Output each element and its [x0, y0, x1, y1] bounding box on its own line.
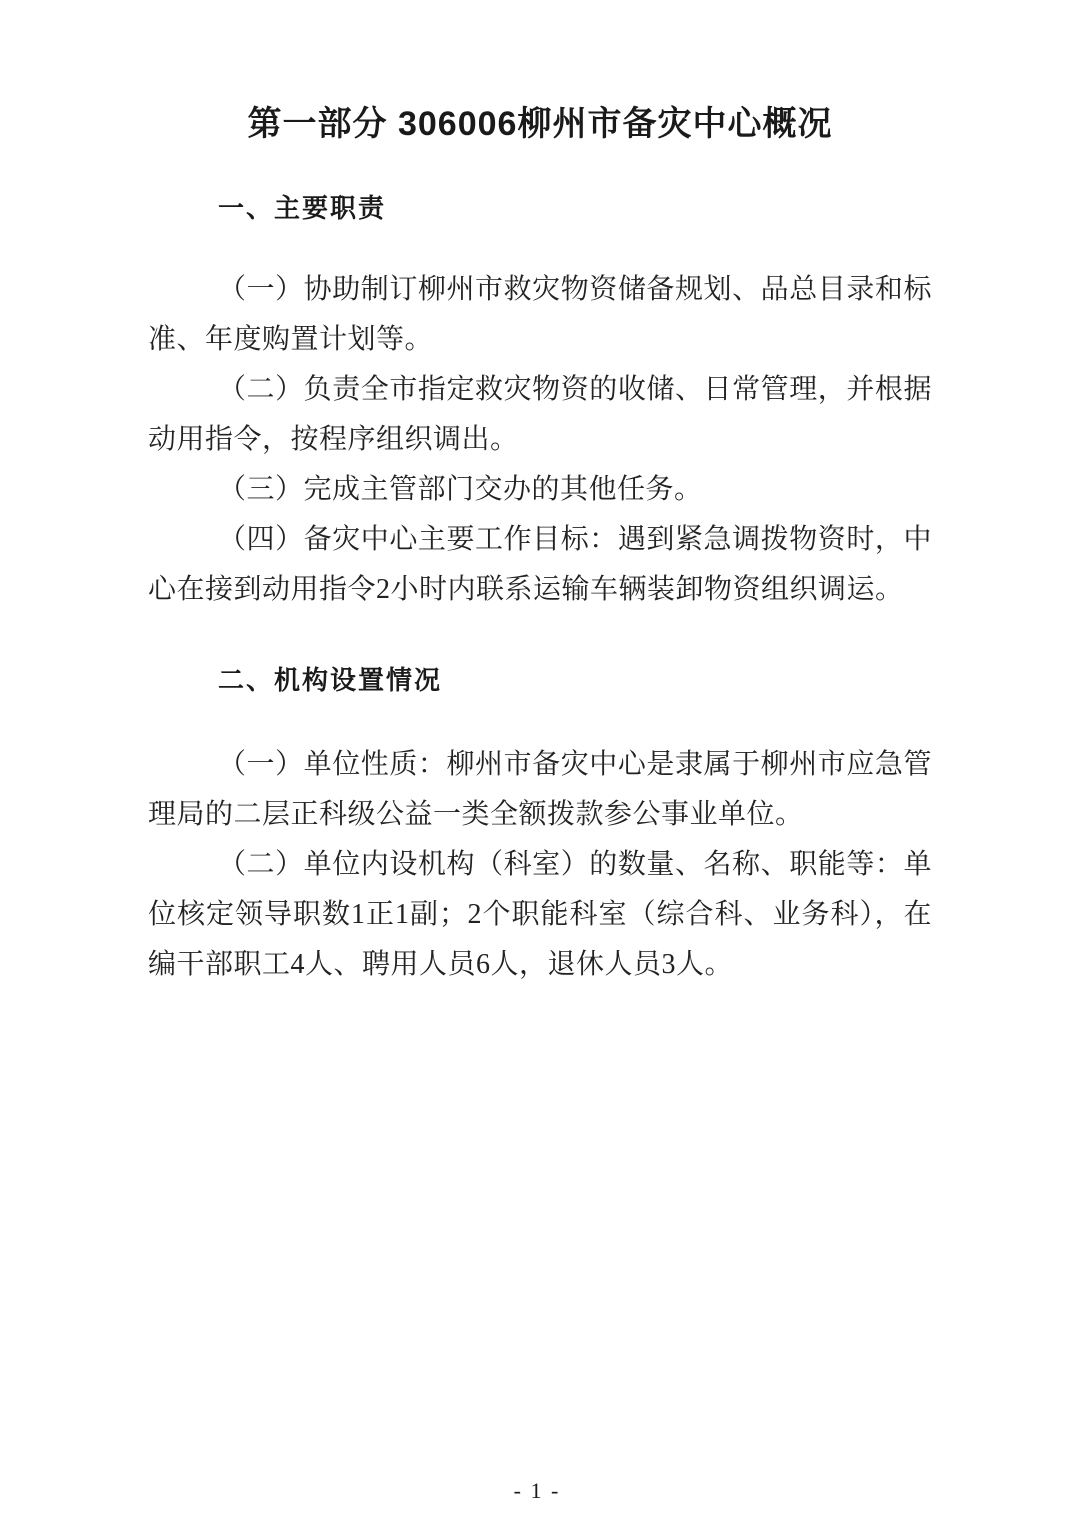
- document-title: 第一部分 306006柳州市备灾中心概况: [148, 98, 932, 150]
- section-1-paragraph-2: （二）负责全市指定救灾物资的收储、日常管理，并根据动用指令，按程序组织调出。: [148, 365, 932, 465]
- document-page: 第一部分 306006柳州市备灾中心概况 一、主要职责 （一）协助制订柳州市救灾…: [0, 0, 1074, 1520]
- section-1-paragraph-3: （三）完成主管部门交办的其他任务。: [148, 465, 932, 515]
- section-org-setup: 二、机构设置情况 （一）单位性质：柳州市备灾中心是隶属于柳州市应急管理局的二层正…: [148, 665, 932, 990]
- document-content: 第一部分 306006柳州市备灾中心概况 一、主要职责 （一）协助制订柳州市救灾…: [0, 0, 1074, 990]
- section-2-paragraph-1: （一）单位性质：柳州市备灾中心是隶属于柳州市应急管理局的二层正科级公益一类全额拨…: [148, 740, 932, 840]
- section-2-paragraph-2: （二）单位内设机构（科室）的数量、名称、职能等：单位核定领导职数1正1副；2个职…: [148, 840, 932, 990]
- section-1-paragraph-4: （四）备灾中心主要工作目标：遇到紧急调拨物资时，中心在接到动用指令2小时内联系运…: [148, 515, 932, 615]
- section-1-paragraph-1: （一）协助制订柳州市救灾物资储备规划、品总目录和标准、年度购置计划等。: [148, 265, 932, 365]
- section-main-duties: 一、主要职责 （一）协助制订柳州市救灾物资储备规划、品总目录和标准、年度购置计划…: [148, 193, 932, 615]
- page-number: - 1 -: [0, 1478, 1074, 1504]
- section-1-heading: 一、主要职责: [148, 193, 932, 223]
- section-2-heading: 二、机构设置情况: [148, 665, 932, 695]
